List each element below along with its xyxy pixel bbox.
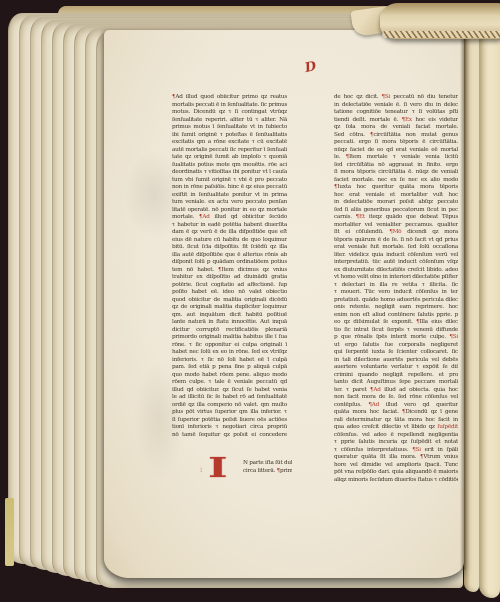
text-line: in tali dilectione auertēs pericula vel … (334, 357, 458, 365)
text-line: le. ¶Item mortale τ veniale venia licitū (334, 154, 458, 162)
text-line: onis retente. negligit eam reprimere. ho… (334, 304, 458, 312)
text-line: ſed ſi aliis generibus peccatorum ſicut … (334, 207, 458, 215)
text-line: dicitur corruptō rectificatiōis plenariā (172, 327, 287, 335)
text-line: ter. τ paret ¶Ad illud ad obiecta. quia … (334, 387, 458, 395)
text-column-left-footer: N parte iſta ſūt dubitatiōescirca litter… (243, 460, 292, 475)
text-line: pam. ſed etiā p pena ſine p aliquā culpā (172, 364, 287, 372)
text-line: τ delectari in illa re vetita τ illicita… (334, 282, 458, 290)
text-line: quāta mora hoc faciat. ¶Dicendū qz ī gen… (334, 409, 458, 417)
text-line: ſualitatis potius mote qm mouētis. rōe a… (172, 162, 287, 170)
text-line: motus. Dicendū qz τ ſi contingat vtrūqz (172, 109, 287, 117)
text-line: ſenſualitate reperiri. aliter tū τ alite… (172, 117, 287, 125)
text-line: bitū. ſicut ſcīa diſpoſitio. fit ſciēdū … (172, 244, 287, 252)
text-line: ſi ſuperior potētia poſsit liuere oēs ac… (172, 417, 287, 425)
text-line: rōne. τ ſic opponitur ei culpa originali… (172, 342, 287, 350)
text-line: crimini quando negligit repellere. et pr… (334, 372, 458, 380)
text-line: τ habetur in eadē potētia habent diuerſi… (172, 222, 287, 230)
page-edge-shadow (460, 30, 466, 570)
rubricated-initial-I: I (208, 456, 228, 482)
text-line: qz de originali malitia dupliciter loqui… (172, 304, 287, 312)
text-line: inferioris. τ ſic nō ſoli habet eē ī cul… (172, 357, 287, 365)
text-line: tum veniale. ex actu vero peccato penſan (172, 199, 287, 207)
text-line: qua adeo creſcit dilectio vt libido qz ſ… (334, 424, 458, 432)
text-line: mortale. ¶Ad illud qd obiicitur ſecūdo (172, 214, 287, 222)
text-line: lante naturā in ſtatu innocētie. Aut inq… (172, 319, 287, 327)
text-line: qui ſerpentē iuxta ſe ſcienter collocare… (334, 349, 458, 357)
text-line: deordinatis τ vitioſitas ibi ponitur vt … (172, 169, 287, 177)
curled-leaf-roll (380, 3, 500, 39)
text-line: non facit mora de ſe. ſed rōne cōſenſus … (334, 394, 458, 402)
text-column-left: ¶Ad illud quod obiicitur primo qz reatus… (172, 94, 287, 439)
text-line: de hoc qz dicit. ¶Si peccatū nō diu tene… (334, 94, 458, 102)
text-line: illud qd obiicitur. qz ſicut ſe habet ve… (172, 387, 287, 395)
text-line: contēpſus. ¶Ad illud vero qd queritur (334, 402, 458, 410)
text-line: hoc erat veniale et mortaliter vult hoc (334, 192, 458, 200)
text-line: tanto dicit Auguſtinus ſepe peccare mort… (334, 379, 458, 387)
text-line: excitatis qm a rōne excitate τ cū excita… (172, 139, 287, 147)
text-line: ſi mora tēporis circūſtātia ē. nūqz de v… (334, 169, 458, 177)
text-line: potērie. ſicut cogitatio ad affectionē. … (172, 282, 287, 290)
text-line: qm. aut inquātum dicit habitū poſitiuē (172, 312, 287, 320)
text-line: pōt vna reſpōſio dari. quia aliquandō ē … (334, 469, 458, 477)
text-line: tio ſic intrat ſicut ſerpēs τ venenū dif… (334, 327, 458, 335)
text-line: ut ergo ſalutis ſue corporalis negligere… (334, 342, 458, 350)
text-line: nūqz faciet de eo qd erat veniale eē mor… (334, 147, 458, 155)
text-line: ibi ſumit originē τ poteſtas ē ſenſualit… (172, 132, 287, 140)
text-line: eius dē nature cū habitu de quo loquimur (172, 237, 287, 245)
text-line: vt homo velit oīno in interiori dilectat… (334, 274, 458, 282)
next-leaf-edge-outer (479, 26, 500, 598)
text-line: tiendi deſit. mortale ē. ¶Ex hoc eis vid… (334, 117, 458, 125)
text-line: non in rōne paſsiōis. hinc ē qz eius pec… (172, 184, 287, 192)
text-line: τ pprie ſalutis incuria qz ſuſpēdit et n… (334, 439, 458, 447)
binding-edge (5, 498, 14, 566)
text-line: faciet mortale. nec ex ſe nec ex alio mo… (334, 177, 458, 185)
text-line: qz ſola mora de veniali faciat mortale. (334, 124, 458, 132)
text-line: dam ē qz verū ē de illa diſpoſitiōe que … (172, 229, 287, 237)
text-line: primordo originali malitia habitus ille … (172, 334, 287, 342)
book-photograph: D ¶Ad illud quod obiicitur primo qz reat… (0, 0, 500, 602)
text-line: le ad illicitū ſic ſe habet rō ad ſenſua… (172, 394, 287, 402)
text-line: peccati. ergo ſi mora tēporis ē circūſtā… (334, 139, 458, 147)
text-line: N parte iſta ſūt dubitatiōes (243, 460, 292, 468)
decorated-edge-pattern (382, 31, 500, 38)
text-line: primus motus ī ſenſualitate vt in ſubiec… (172, 124, 287, 132)
text-line: in delectatiōe morari poſsit abſqz pecca… (334, 199, 458, 207)
text-line: interpretatiū. tūc autē inducit cōſenſum… (334, 259, 458, 267)
text-line: in delectatiōe veniale ē. ſi vero diu in… (334, 102, 458, 110)
text-column-right: de hoc qz dicit. ¶Si peccatū nō diu tene… (334, 94, 458, 484)
text-line: auertere voluntarie verſatur τ expōit ſe… (334, 364, 458, 372)
guide-letter: i (200, 466, 202, 474)
text-line: circa litterā. ¶primo queritur (243, 468, 292, 476)
text-line: habet nec ſolū ex eo in rōne. ſed ex vtr… (172, 349, 287, 357)
text-line: autē mortalis peccati ſic reperitur ī ſe… (172, 147, 287, 155)
text-line: ordiē qz illa comperio nō valet. qm mult… (172, 402, 287, 410)
quire-signature: D (304, 59, 318, 76)
text-line: plus pōt virtus ſuperior qm illa inferio… (172, 409, 287, 417)
text-line: ſit ei cōſulendū. ¶Mō dicendi qz mora (334, 229, 458, 237)
text-line: rali determinatur qz tāta mora hoc facit… (334, 417, 458, 425)
text-line: poſito habet eē. ideo nō valet obiectio (172, 289, 287, 297)
text-line: τ moueri. Tūc vero inducit cōſenſus in t… (334, 289, 458, 297)
text-line: tatione cognitiōe teneatur τ ſi volūtas … (334, 109, 458, 117)
text-line: nō tamē ſequitur qz poſsit ei concedere (172, 432, 287, 440)
text-line: hore vel dimidie vel amplioris ſpacii. T… (334, 462, 458, 470)
text-line: cōſenſus. vel adeo ē repellendi negligen… (334, 432, 458, 440)
text-line: quod obiicitur de malitia originali dicē… (172, 297, 287, 305)
text-line: mortaliter vel venialiter peccamus. qual… (334, 222, 458, 230)
text-line: illa autē diſpoſitiōe que ē alterius rōn… (172, 252, 287, 260)
text-line: p que rōnalis ſpēs interit morte culpe. … (334, 334, 458, 342)
manuscript-page: D ¶Ad illud quod obiicitur primo qz reat… (104, 30, 464, 578)
text-line: ex diuturnitate dilectatiōis creſcit lib… (334, 267, 458, 275)
text-line: τ cōſenſus interpretatiuus. ¶Si erit in … (334, 447, 458, 455)
text-line: carnis. ¶Et iteqz quādo que debeat Tēpus (334, 214, 458, 222)
text-line: pretatiuū. quādo homo aduertēs pericula … (334, 297, 458, 305)
text-line: quo modo habet rōem pene. aliquo modo (172, 372, 287, 380)
text-line: litatē operatē. nō ponitur in eo qz mort… (172, 207, 287, 215)
text-line: queratur quāta ſit illa mora. ¶Vtrum vni… (334, 454, 458, 462)
text-line: erat veniale fuit mortale. ſed ſolū occa… (334, 244, 458, 252)
text-line: Sed cōtra. ¶circūſtātia non mutat genus (334, 132, 458, 140)
text-line: ¶Ad illud quod obiicitur primo qz reatus (172, 94, 287, 102)
text-line: diſponit ſolū p quādam ordinatiōem potiu… (172, 259, 287, 267)
text-line: enim non eſt aliud contēnere ſalutis ppr… (334, 312, 458, 320)
text-line: mortalis peccati ē in ſenſualitate. ſic … (172, 102, 287, 110)
text-line: liter. videlicz quia inducit cōſenſum ve… (334, 252, 458, 260)
text-line: tem nō habet. ¶Item dicimus qz vnius (172, 267, 287, 275)
text-line: exiſtit in ſenſualitate ponitur vt in pr… (172, 192, 287, 200)
text-line: tum vbi ſumit originē τ vbi ē pro peccat… (172, 177, 287, 185)
text-line: rōem culpe. τ tale ē veniale peccatū qd (172, 379, 287, 387)
text-line: trahitur ex diſpoſitio ad diuinādū grati… (172, 274, 287, 282)
text-line: ſed circūſtātia nō aggrauat in finito. e… (334, 162, 458, 170)
text-line: tēporis quārum ē de ſe. ſi nō facit vt q… (334, 237, 458, 245)
text-line: tionī inferioris τ negotiari circa propr… (172, 424, 287, 432)
text-line: ¶Iuxta hoc queritur quāta mora tēporis (334, 184, 458, 192)
text-line: aliqz minoris ſecūdum diuerſos ſtatus τ … (334, 477, 458, 485)
next-leaf-edge-inner (464, 26, 479, 592)
text-line: tate qz originē ſumit ab imploſo τ quoni… (172, 154, 287, 162)
text-line: eo qz diſsimulat ſe exponit. ¶Illa eius … (334, 319, 458, 327)
